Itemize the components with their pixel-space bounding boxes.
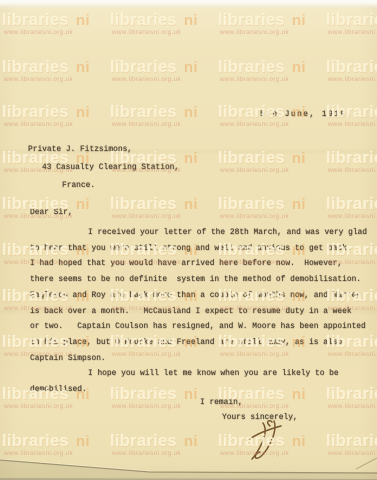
address-line: 43 Casualty Clearing Station, xyxy=(42,159,179,177)
body-line: Captain Simpson. xyxy=(30,352,370,368)
body-line: in his place, but O'Rourke and Freeland … xyxy=(30,336,370,352)
bottom-fold-crease xyxy=(0,452,377,480)
body-line: is back over a month. McCausland I expec… xyxy=(30,305,370,321)
scan-background-top-edge xyxy=(0,0,377,7)
body-line: I hope you will let me know when you are… xyxy=(30,367,370,383)
address-line: France. xyxy=(62,177,179,195)
body-line: Eagleson and Roy are back more than a co… xyxy=(30,289,370,305)
recipient-address: Private J. Fitzsimons,43 Casualty Cleari… xyxy=(28,141,179,195)
body-line: I had hoped that you would have arrived … xyxy=(30,257,370,273)
body-line: there seems to be no definite system in … xyxy=(30,273,370,289)
letter-date: 5th June, 1919. xyxy=(260,111,353,119)
body-line: or two. Captain Coulson has resigned, an… xyxy=(30,320,370,336)
letter-body: I received your letter of the 28th March… xyxy=(30,226,370,399)
body-line: I received your letter of the 28th March… xyxy=(30,226,370,242)
body-line: to hear that you were still strong and w… xyxy=(30,242,370,258)
scanned-letter-page: 5th June, 1919. Private J. Fitzsimons,43… xyxy=(0,0,377,480)
salutation: Dear Sir, xyxy=(30,209,73,217)
closing-i-remain: I remain, xyxy=(200,399,243,407)
body-line: demobilised. xyxy=(30,383,370,399)
address-line: Private J. Fitzsimons, xyxy=(28,141,179,159)
letter-paper: 5th June, 1919. Private J. Fitzsimons,43… xyxy=(0,0,377,480)
